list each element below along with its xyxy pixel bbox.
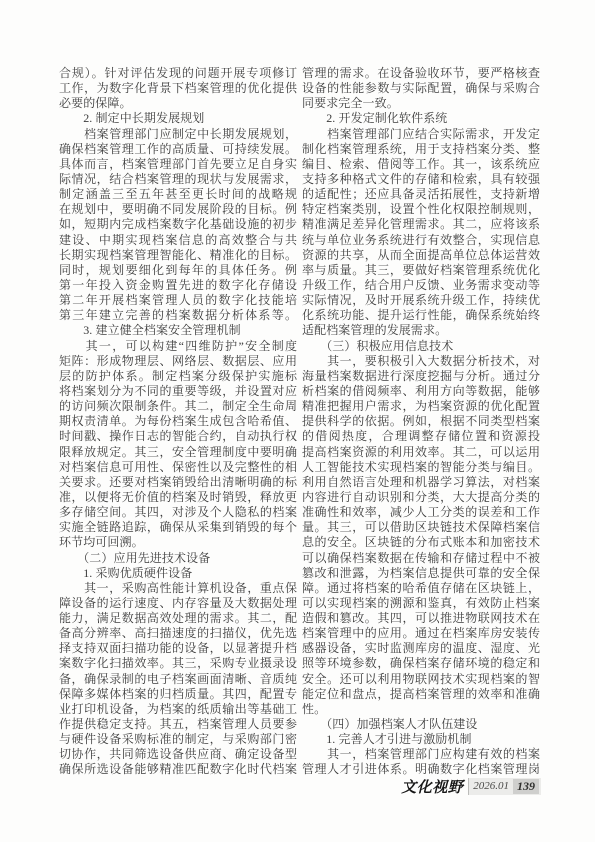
- text-line: 化系统功能、提升运行性能，确保系统始终: [302, 308, 540, 323]
- text-line: （三）积极应用信息技术: [302, 339, 540, 354]
- text-line: 统与单位业务系统进行有效整合，实现信息: [302, 233, 540, 248]
- text-line: 准，以便将无价值的档案及时销毁，释放更: [59, 490, 297, 505]
- text-line: 择支持双面扫描功能的设备，以显著提升档: [59, 641, 297, 656]
- text-line: 将档案划分为不同的重要等级，并设置对应: [59, 384, 297, 399]
- text-line: 与硬件设备采购标准的制定，与采购部门密: [59, 732, 297, 747]
- text-line: 的访问频次限制条件。其二，制定全生命周: [59, 399, 297, 414]
- text-line: 保障多媒体档案的归档质量。其四，配置专: [59, 687, 297, 702]
- journal-page: 合规）。针对评估发现的问题开展专项修订工作，为数字化背景下档案管理的优化提供必要…: [0, 0, 595, 842]
- text-line: 准确性和效率，减少人工分类的误差和工作: [302, 505, 540, 520]
- journal-title: 文化视野: [401, 776, 463, 797]
- text-line: 对档案信息可用性、保密性以及完整性的相: [59, 460, 297, 475]
- text-line: 环节均可回溯。: [59, 535, 297, 550]
- text-line: 第一年投入资金购置先进的数字化存储设备，: [59, 278, 297, 293]
- text-line: 备高分辨率、高扫描速度的扫描仪，优先选: [59, 626, 297, 641]
- text-line: 时间戳、操作日志的智能合约，自动执行权: [59, 429, 297, 444]
- text-line: 在规划中，要明确不同发展阶段的目标。例: [59, 202, 297, 217]
- text-line: 多存储空间。其四，对涉及个人隐私的档案: [59, 505, 297, 520]
- text-line: 长期实现档案管理智能化、精准化的目标。: [59, 248, 297, 263]
- text-line: 制定涵盖三至五年甚至更长时间的战略规划。: [59, 187, 297, 202]
- text-column-left: 合规）。针对评估发现的问题开展专项修订工作，为数字化背景下档案管理的优化提供必要…: [59, 66, 297, 778]
- text-line: 资源的共享，从而全面提高单位总体运营效: [302, 248, 540, 263]
- page-footer: 文化视野 2026.01 139: [401, 777, 541, 795]
- text-line: （二）应用先进技术设备: [59, 551, 297, 566]
- text-line: 造假和篡改。其四，可以推进物联网技术在: [302, 611, 540, 626]
- text-line: 档案管理部门应结合实际需求，开发定: [302, 127, 540, 142]
- text-line: 性。: [302, 702, 540, 717]
- text-line: 安全。还可以利用物联网技术实现档案的智: [302, 672, 540, 687]
- text-line: （四）加强档案人才队伍建设: [302, 717, 540, 732]
- text-line: 备，确保录制的电子档案画面清晰、音质纯净，: [59, 672, 297, 687]
- text-line: 照等环境参数，确保档案存储环境的稳定和: [302, 656, 540, 671]
- text-line: 建设、中期实现档案信息的高效整合与共享、: [59, 233, 297, 248]
- text-line: 提高档案资源的利用效率。其二，可以运用: [302, 445, 540, 460]
- text-line: 提供科学的依据。例如，根据不同类型档案: [302, 414, 540, 429]
- text-line: 升级工作，结合用户反馈、业务需求变动等: [302, 278, 540, 293]
- text-line: 特定档案类别，设置个性化权限控制规则，: [302, 202, 540, 217]
- text-line: 精准满足差异化管理需求。其二，应将该系: [302, 217, 540, 232]
- text-line: 限释放规定。其三，安全管理制度中要明确: [59, 445, 297, 460]
- text-line: 设备的性能参数与实际配置，确保与采购合: [302, 81, 540, 96]
- text-line: 同时，规划要细化到每年的具体任务。例如，: [59, 263, 297, 278]
- text-line: 能定位和盘点，提高档案管理的效率和准确: [302, 687, 540, 702]
- text-line: 篡改和泄露，为档案信息提供可靠的安全保: [302, 566, 540, 581]
- text-line: 3. 建立健全档案安全管理机制: [59, 323, 297, 338]
- text-line: 精准把握用户需求，为档案资源的优化配置: [302, 399, 540, 414]
- text-column-right: 管理的需求。在设备验收环节，要严格核查设备的性能参数与实际配置，确保与采购合同要…: [302, 66, 540, 778]
- text-line: 息的安全。区块链的分布式账本和加密技术: [302, 535, 540, 550]
- text-line: 合规）。针对评估发现的问题开展专项修订: [59, 66, 297, 81]
- text-line: 其一，档案管理部门应构建有效的档案: [302, 747, 540, 762]
- text-line: 工作，为数字化背景下档案管理的优化提供: [59, 81, 297, 96]
- text-line: 其一，采购高性能计算机设备，重点保: [59, 581, 297, 596]
- text-line: 层的防护体系。制定档案分级保护实施标准，: [59, 369, 297, 384]
- text-line: 档案管理部门应制定中长期发展规划，: [59, 127, 297, 142]
- text-line: 际情况，结合档案管理的现状与发展需求，: [59, 172, 297, 187]
- text-line: 的适配性；还应具备灵活拓展性，支持新增: [302, 187, 540, 202]
- text-line: 人工智能技术实现档案的智能分类与编目。: [302, 460, 540, 475]
- text-line: 切协作，共同筛选设备供应商、确定设备型号，: [59, 747, 297, 762]
- text-line: 如，短期内完成档案数字化基础设施的初步: [59, 217, 297, 232]
- text-line: 障。通过将档案的哈希值存储在区块链上，: [302, 581, 540, 596]
- text-line: 作提供稳定支持。其五，档案管理人员要参: [59, 717, 297, 732]
- text-line: 能力，满足数据高效处理的需求。其二，配: [59, 611, 297, 626]
- text-line: 1. 采购优质硬件设备: [59, 566, 297, 581]
- text-line: 障设备的运行速度、内存容量及大数据处理: [59, 596, 297, 611]
- text-line: 期权责清单。为每份档案生成包含哈希值、: [59, 414, 297, 429]
- text-line: 同要求完全一致。: [302, 96, 540, 111]
- text-line: 业打印机设备，为档案的纸质输出等基础工: [59, 702, 297, 717]
- text-line: 必要的保障。: [59, 96, 297, 111]
- text-line: 2. 制定中长期发展规划: [59, 111, 297, 126]
- text-line: 实际情况，及时开展系统升级工作，持续优: [302, 293, 540, 308]
- text-line: 第二年开展档案管理人员的数字化技能培训，: [59, 293, 297, 308]
- text-line: 感器设备，实时监测库房的温度、湿度、光: [302, 641, 540, 656]
- text-line: 管理的需求。在设备验收环节，要严格核查: [302, 66, 540, 81]
- text-line: 适配档案管理的发展需求。: [302, 323, 540, 338]
- issue-number: 2026.01: [473, 780, 509, 792]
- issue-block: 2026.01 139: [468, 778, 541, 795]
- text-line: 利用自然语言处理和机器学习算法，对档案: [302, 475, 540, 490]
- text-line: 支持多种格式文件的存储和检索，具有较强: [302, 172, 540, 187]
- text-line: 2. 开发定制化软件系统: [302, 111, 540, 126]
- text-line: 确保档案管理工作的高质量、可持续发展。: [59, 142, 297, 157]
- text-line: 案数字化扫描效率。其三，采购专业摄录设: [59, 656, 297, 671]
- text-line: 具体而言，档案管理部门首先要立足自身实: [59, 157, 297, 172]
- text-line: 1. 完善人才引进与激励机制: [302, 732, 540, 747]
- text-line: 率与质量。其三，要做好档案管理系统优化: [302, 263, 540, 278]
- text-line: 可以实现档案的溯源和鉴真，有效防止档案: [302, 596, 540, 611]
- text-line: 确保所选设备能够精准匹配数字化时代档案: [59, 762, 297, 777]
- page-number: 139: [513, 779, 539, 794]
- text-line: 的借阅热度，合理调整存储位置和资源投入，: [302, 429, 540, 444]
- text-line: 量。其三，可以借助区块链技术保障档案信: [302, 520, 540, 535]
- text-line: 内容进行自动识别和分类，大大提高分类的: [302, 490, 540, 505]
- text-line: 其一，要积极引入大数据分析技术，对: [302, 354, 540, 369]
- text-line: 实施全链路追踪，确保从采集到销毁的每个: [59, 520, 297, 535]
- text-line: 矩阵：形成物理层、网络层、数据层、应用: [59, 354, 297, 369]
- text-line: 其一，可以构建“四维防护”安全制度: [59, 339, 297, 354]
- text-line: 关要求。还要对档案销毁给出清晰明确的标: [59, 475, 297, 490]
- text-line: 制化档案管理系统，用于支持档案分类、整理、: [302, 142, 540, 157]
- text-line: 编目、检索、借阅等工作。其一，该系统应: [302, 157, 540, 172]
- text-line: 第三年建立完善的档案数据分析体系等。: [59, 308, 297, 323]
- text-line: 海量档案数据进行深度挖掘与分析。通过分: [302, 369, 540, 384]
- text-line: 档案管理中的应用。通过在档案库房安装传: [302, 626, 540, 641]
- text-line: 析档案的借阅频率、利用方向等数据，能够: [302, 384, 540, 399]
- text-line: 可以确保档案数据在传输和存储过程中不被: [302, 551, 540, 566]
